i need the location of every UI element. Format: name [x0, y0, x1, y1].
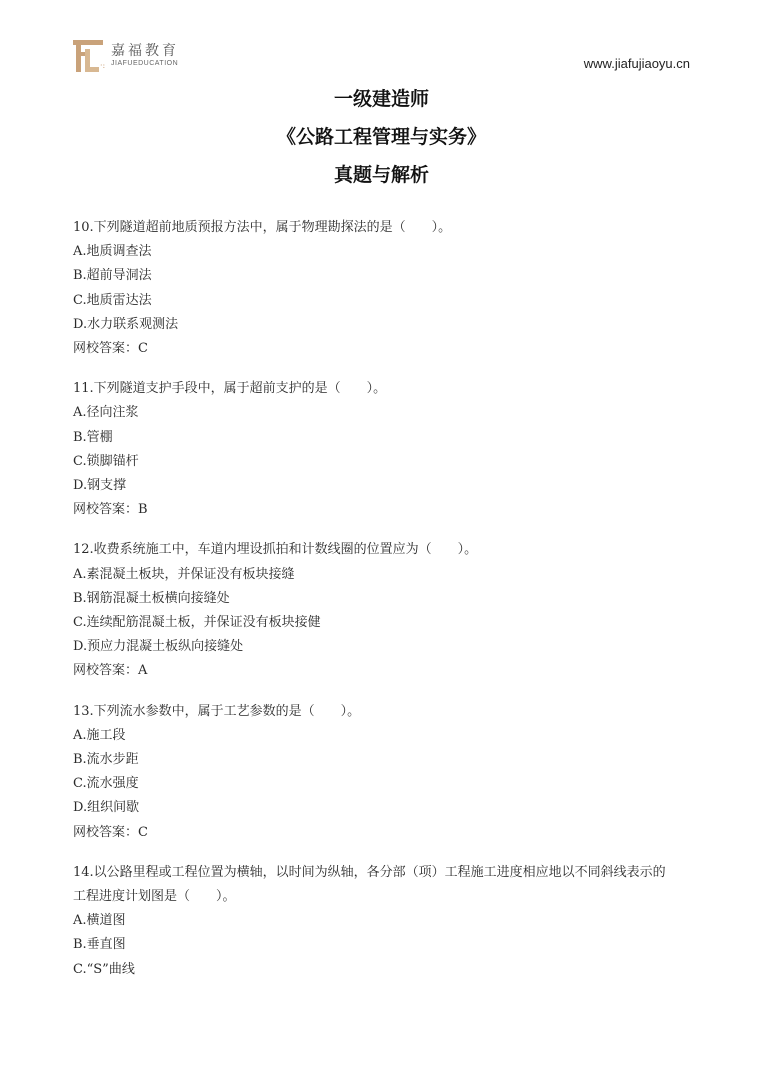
option-c: C.连续配筋混凝土板，并保证没有板块接健: [73, 611, 693, 635]
question-12: 12.收费系统施工中，车道内埋设抓拍和计数线圈的位置应为（ ）。 A.素混凝土板…: [73, 538, 693, 683]
question-stem: 14.以公路里程或工程位置为横轴，以时间为纵轴，各分部（项）工程施工进度相应地以…: [73, 861, 693, 885]
title-type: 真题与解析: [0, 156, 763, 194]
option-b: B.垂直图: [73, 933, 693, 957]
option-a: A.施工段: [73, 724, 693, 748]
question-stem-continued: 工程进度计划图是（ ）。: [73, 885, 693, 909]
document-title-block: 一级建造师 《公路工程管理与实务》 真题与解析: [0, 80, 763, 194]
question-stem: 12.收费系统施工中，车道内埋设抓拍和计数线圈的位置应为（ ）。: [73, 538, 693, 562]
answer: 网校答案：B: [73, 498, 693, 522]
answer: 网校答案：A: [73, 659, 693, 683]
option-d: D.水力联系观测法: [73, 313, 693, 337]
option-d: D.预应力混凝土板纵向接缝处: [73, 635, 693, 659]
option-c: C.地质雷达法: [73, 289, 693, 313]
option-d: D.组织间歇: [73, 796, 693, 820]
option-b: B.钢筋混凝土板横向接缝处: [73, 587, 693, 611]
page-header: ·: 嘉福教育 JIAFUEDUCATION www.jiafujiaoyu.c…: [0, 0, 763, 80]
title-exam: 一级建造师: [0, 80, 763, 118]
question-stem: 13.下列流水参数中，属于工艺参数的是（ ）。: [73, 700, 693, 724]
question-list: 10.下列隧道超前地质预报方法中，属于物理勘探法的是（ ）。 A.地质调查法 B…: [73, 216, 693, 998]
option-c: C.流水强度: [73, 772, 693, 796]
option-d: D.钢支撑: [73, 474, 693, 498]
question-11: 11.下列隧道支护手段中，属于超前支护的是（ ）。 A.径向注浆 B.管棚 C.…: [73, 377, 693, 522]
option-b: B.流水步距: [73, 748, 693, 772]
option-c: C.“S”曲线: [73, 958, 693, 982]
logo-english-name: JIAFUEDUCATION: [111, 59, 179, 69]
option-a: A.地质调查法: [73, 240, 693, 264]
option-b: B.管棚: [73, 426, 693, 450]
question-10: 10.下列隧道超前地质预报方法中，属于物理勘探法的是（ ）。 A.地质调查法 B…: [73, 216, 693, 361]
option-a: A.素混凝土板块，并保证没有板块接缝: [73, 563, 693, 587]
site-url: www.jiafujiaoyu.cn: [584, 56, 690, 71]
logo-chinese-name: 嘉福教育: [111, 43, 179, 59]
answer: 网校答案：C: [73, 821, 693, 845]
title-subject: 《公路工程管理与实务》: [0, 118, 763, 156]
option-c: C.锁脚锚杆: [73, 450, 693, 474]
question-13: 13.下列流水参数中，属于工艺参数的是（ ）。 A.施工段 B.流水步距 C.流…: [73, 700, 693, 845]
option-b: B.超前导洞法: [73, 264, 693, 288]
question-14: 14.以公路里程或工程位置为横轴，以时间为纵轴，各分部（项）工程施工进度相应地以…: [73, 861, 693, 982]
option-a: A.横道图: [73, 909, 693, 933]
logo-mark-icon: ·:: [73, 40, 103, 72]
option-a: A.径向注浆: [73, 401, 693, 425]
question-stem: 10.下列隧道超前地质预报方法中，属于物理勘探法的是（ ）。: [73, 216, 693, 240]
answer: 网校答案：C: [73, 337, 693, 361]
logo: ·: 嘉福教育 JIAFUEDUCATION: [73, 40, 179, 72]
question-stem: 11.下列隧道支护手段中，属于超前支护的是（ ）。: [73, 377, 693, 401]
